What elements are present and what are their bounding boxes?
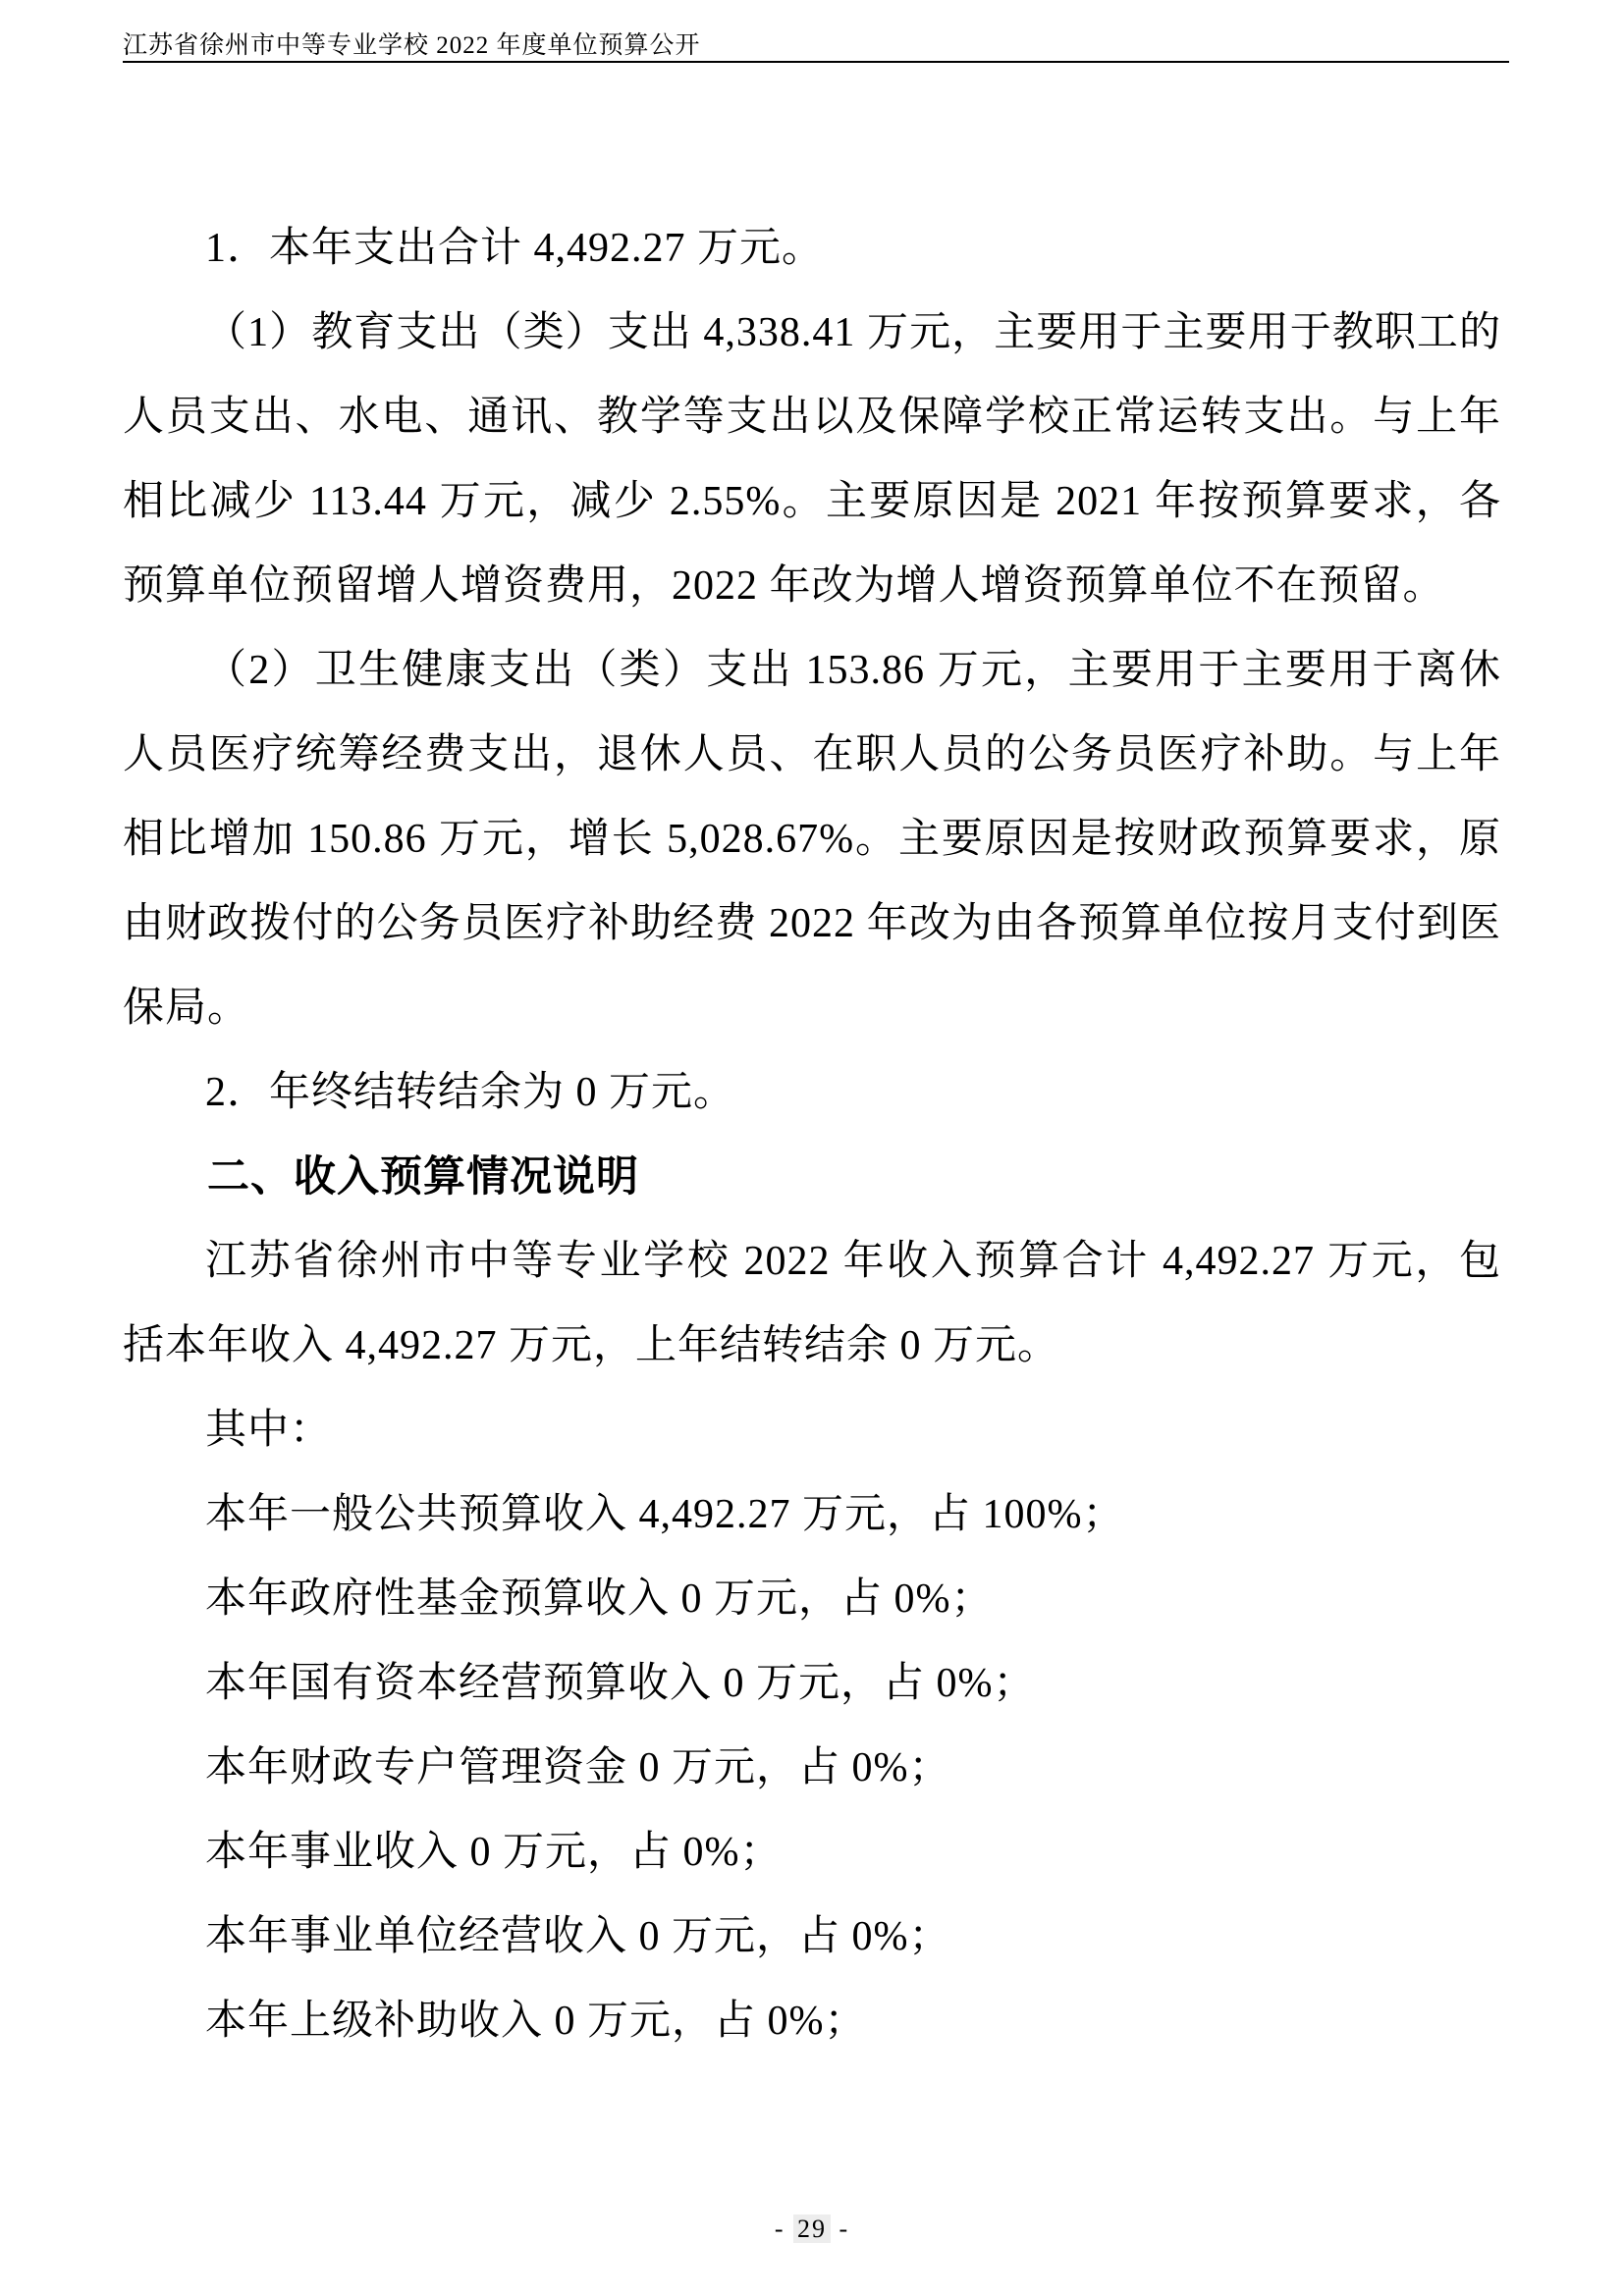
paragraph-income-fiscal-account: 本年财政专户管理资金 0 万元，占 0%； bbox=[123, 1726, 1501, 1810]
paragraph-income-state-capital: 本年国有资本经营预算收入 0 万元，占 0%； bbox=[123, 1641, 1501, 1726]
header-divider bbox=[123, 61, 1509, 63]
paragraph-yearend-carryover: 2．年终结转结余为 0 万元。 bbox=[123, 1050, 1501, 1135]
paragraph-income-general-public: 本年一般公共预算收入 4,492.27 万元，占 100%； bbox=[123, 1472, 1501, 1557]
header-title: 江苏省徐州市中等专业学校 2022 年度单位预算公开 bbox=[123, 32, 701, 59]
document-body: 1．本年支出合计 4,492.27 万元。 （1）教育支出（类）支出 4,338… bbox=[123, 206, 1501, 2063]
paragraph-income-institution: 本年事业收入 0 万元，占 0%； bbox=[123, 1810, 1501, 1895]
page-footer: - 29 - bbox=[0, 2215, 1624, 2244]
paragraph-education-expenditure: （1）教育支出（类）支出 4,338.41 万元，主要用于主要用于教职工的人员支… bbox=[123, 291, 1501, 628]
paragraph-income-superior-subsidy: 本年上级补助收入 0 万元，占 0%； bbox=[123, 1979, 1501, 2063]
paragraph-expenditure-total: 1．本年支出合计 4,492.27 万元。 bbox=[123, 206, 1501, 291]
document-page: 江苏省徐州市中等专业学校 2022 年度单位预算公开 1．本年支出合计 4,49… bbox=[0, 0, 1624, 2296]
paragraph-income-including: 其中： bbox=[123, 1388, 1501, 1472]
footer-left-dash: - bbox=[775, 2215, 785, 2243]
paragraph-income-government-fund: 本年政府性基金预算收入 0 万元，占 0%； bbox=[123, 1557, 1501, 1641]
page-header: 江苏省徐州市中等专业学校 2022 年度单位预算公开 bbox=[123, 26, 1507, 61]
paragraph-health-expenditure: （2）卫生健康支出（类）支出 153.86 万元，主要用于主要用于离休人员医疗统… bbox=[123, 628, 1501, 1050]
page-number: 29 bbox=[793, 2215, 831, 2243]
section-heading-income-budget: 二、收入预算情况说明 bbox=[123, 1135, 1501, 1219]
footer-right-dash: - bbox=[839, 2215, 850, 2243]
paragraph-income-total: 江苏省徐州市中等专业学校 2022 年收入预算合计 4,492.27 万元，包括… bbox=[123, 1219, 1501, 1388]
paragraph-income-institution-operating: 本年事业单位经营收入 0 万元，占 0%； bbox=[123, 1895, 1501, 1979]
